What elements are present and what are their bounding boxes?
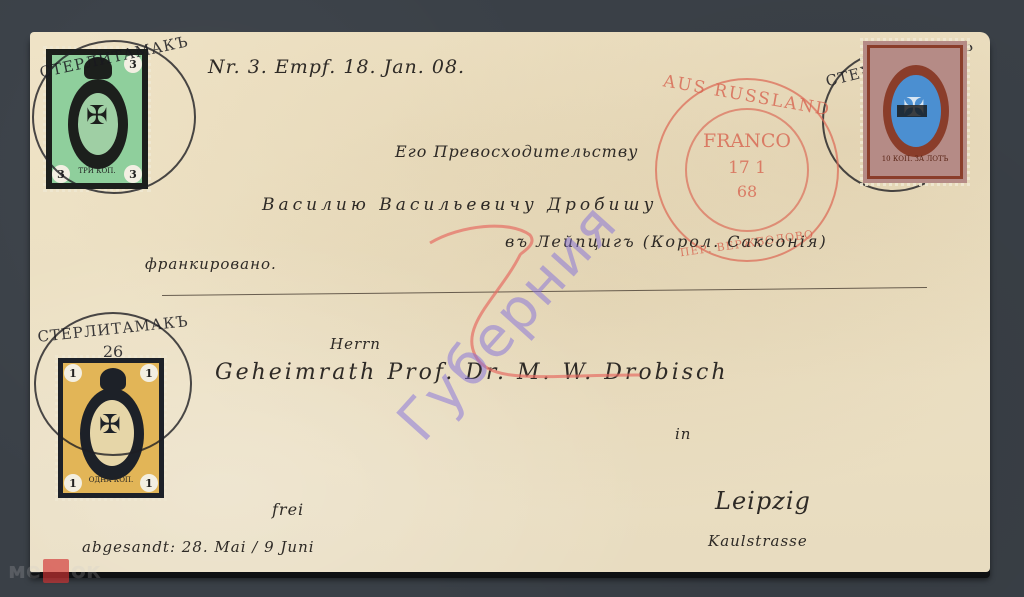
header-note: Nr. 3. Empf. 18. Jan. 08.: [208, 56, 465, 78]
postmark-franco: FRANCO: [657, 130, 837, 152]
address-ru-line1: Его Превосходительству: [395, 142, 638, 161]
cancel-bars: [897, 105, 927, 117]
address-de-herrn: Herrn: [330, 335, 381, 353]
note-franked: франкировано.: [145, 255, 277, 273]
stamp-caption: ОДНА КОП.: [58, 476, 164, 484]
postmark-date: 17 1: [657, 158, 837, 178]
address-de-in: in: [675, 425, 691, 443]
bag-logo-icon: [43, 559, 69, 583]
footer-frei: frei: [272, 500, 304, 519]
stamp-10-kopeks: ✠ 10 КОП. ЗА ЛОТЪ: [860, 38, 970, 186]
postmark-bottom-left: СТЕРЛИТАМАКЪ 26: [34, 312, 192, 456]
postmark-top-left: СТЕРЛИТАМАКЪ: [32, 40, 196, 194]
stamp-caption: 10 КОП. ЗА ЛОТЪ: [863, 155, 967, 163]
footer-note: abgesandt: 28. Mai / 9 Juni: [82, 538, 315, 556]
address-de-city: Leipzig: [715, 487, 811, 515]
site-logo: ме ок: [8, 556, 101, 586]
postmark-year: 68: [657, 182, 837, 201]
postmark-day: 26: [36, 342, 190, 361]
address-de-street: Kaulstrasse: [708, 532, 808, 550]
